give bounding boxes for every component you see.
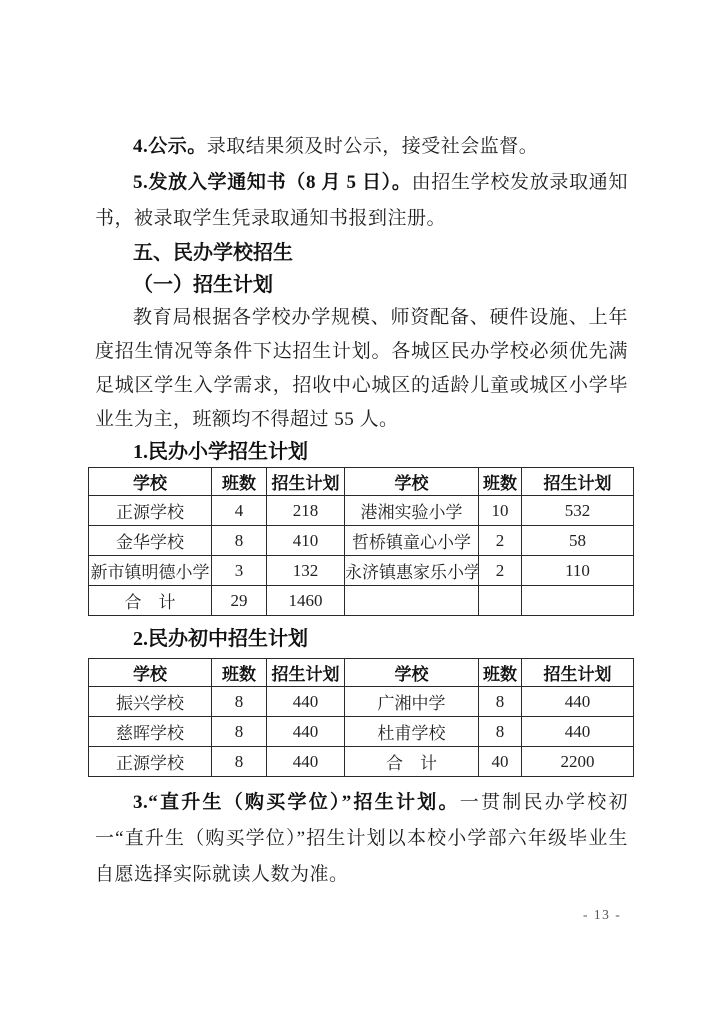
table-cell: 4	[212, 496, 267, 526]
table-header-row: 学校 班数 招生计划 学校 班数 招生计划	[89, 659, 634, 687]
table-cell: 440	[267, 747, 345, 777]
paragraph-item5: 5.发放入学通知书（8 月 5 日）。由招生学校发放录取通知书，被录取学生凭录取…	[95, 165, 628, 237]
header-cell-plan-right: 招生计划	[522, 468, 634, 496]
header-cell-school-right: 学校	[345, 659, 479, 687]
table-cell: 2	[479, 556, 522, 586]
header-cell-classes-left: 班数	[212, 659, 267, 687]
table-cell: 440	[522, 687, 634, 717]
table-row: 正源学校 8 440 合 计 40 2200	[89, 747, 634, 777]
header-cell-classes-right: 班数	[479, 659, 522, 687]
table-cell: 110	[522, 556, 634, 586]
table-cell: 8	[212, 717, 267, 747]
header-cell-plan-right: 招生计划	[522, 659, 634, 687]
table-total-row: 合 计 29 1460	[89, 586, 634, 616]
item3-lead: 3.“直升生（购买学位）”招生计划。	[133, 792, 460, 813]
table-cell: 8	[212, 747, 267, 777]
header-cell-school-left: 学校	[89, 659, 212, 687]
table-cell: 1460	[267, 586, 345, 616]
table-cell: 410	[267, 526, 345, 556]
table-cell: 正源学校	[89, 496, 212, 526]
table-cell: 振兴学校	[89, 687, 212, 717]
table-cell: 杜甫学校	[345, 717, 479, 747]
table-cell: 440	[267, 717, 345, 747]
header-cell-school-left: 学校	[89, 468, 212, 496]
table-row: 金华学校 8 410 哲桥镇童心小学 2 58	[89, 526, 634, 556]
page-number: - 13 -	[583, 907, 621, 923]
header-cell-classes-left: 班数	[212, 468, 267, 496]
table-cell: 哲桥镇童心小学	[345, 526, 479, 556]
table-cell: 慈晖学校	[89, 717, 212, 747]
table-cell: 8	[212, 526, 267, 556]
table-cell: 3	[212, 556, 267, 586]
table-cell: 132	[267, 556, 345, 586]
item4-body: 录取结果须及时公示，接受社会监督。	[207, 136, 539, 157]
table-row: 正源学校 4 218 港湘实验小学 10 532	[89, 496, 634, 526]
table-cell: 合 计	[89, 586, 212, 616]
table-row: 振兴学校 8 440 广湘中学 8 440	[89, 687, 634, 717]
table-cell: 532	[522, 496, 634, 526]
header-cell-school-right: 学校	[345, 468, 479, 496]
table-cell: 正源学校	[89, 747, 212, 777]
paragraph-item4: 4.公示。录取结果须及时公示，接受社会监督。	[95, 129, 628, 165]
table-cell: 58	[522, 526, 634, 556]
table-cell: 2200	[522, 747, 634, 777]
header-cell-classes-right: 班数	[479, 468, 522, 496]
table-cell: 40	[479, 747, 522, 777]
table-cell: 广湘中学	[345, 687, 479, 717]
table-cell: 29	[212, 586, 267, 616]
table-row: 慈晖学校 8 440 杜甫学校 8 440	[89, 717, 634, 747]
table-title-primary: 1.民办小学招生计划	[133, 437, 628, 467]
table-cell	[522, 586, 634, 616]
table-cell: 440	[267, 687, 345, 717]
heading-sub-one: （一）招生计划	[133, 269, 628, 301]
document-page: 4.公示。录取结果须及时公示，接受社会监督。 5.发放入学通知书（8 月 5 日…	[0, 0, 720, 1019]
table-cell: 港湘实验小学	[345, 496, 479, 526]
item4-lead: 4.公示。	[133, 136, 207, 157]
paragraph-item3: 3.“直升生（购买学位）”招生计划。一贯制民办学校初一“直升生（购买学位）”招生…	[95, 785, 628, 893]
table-cell: 218	[267, 496, 345, 526]
primary-school-plan-table: 学校 班数 招生计划 学校 班数 招生计划 正源学校 4 218 港湘实验小学 …	[88, 467, 634, 616]
table-cell: 8	[479, 687, 522, 717]
table-cell: 8	[479, 717, 522, 747]
table-row: 新市镇明德小学 3 132 永济镇惠家乐小学 2 110	[89, 556, 634, 586]
item5-lead: 5.发放入学通知书（8 月 5 日）。	[133, 172, 412, 193]
table-cell: 新市镇明德小学	[89, 556, 212, 586]
table-cell: 10	[479, 496, 522, 526]
table-header-row: 学校 班数 招生计划 学校 班数 招生计划	[89, 468, 634, 496]
paragraph-intro: 教育局根据各学校办学规模、师资配备、硬件设施、上年度招生情况等条件下达招生计划。…	[95, 301, 628, 437]
content-column: 4.公示。录取结果须及时公示，接受社会监督。 5.发放入学通知书（8 月 5 日…	[95, 129, 628, 893]
header-cell-plan-left: 招生计划	[267, 468, 345, 496]
table-cell: 金华学校	[89, 526, 212, 556]
header-cell-plan-left: 招生计划	[267, 659, 345, 687]
middle-school-plan-table: 学校 班数 招生计划 学校 班数 招生计划 振兴学校 8 440 广湘中学 8 …	[88, 658, 634, 777]
table-title-middle: 2.民办初中招生计划	[133, 624, 628, 654]
table-cell: 2	[479, 526, 522, 556]
table-cell	[479, 586, 522, 616]
table-cell: 合 计	[345, 747, 479, 777]
table-cell: 永济镇惠家乐小学	[345, 556, 479, 586]
table-cell: 8	[212, 687, 267, 717]
table-cell: 440	[522, 717, 634, 747]
heading-section-five: 五、民办学校招生	[133, 237, 628, 269]
table-cell	[345, 586, 479, 616]
